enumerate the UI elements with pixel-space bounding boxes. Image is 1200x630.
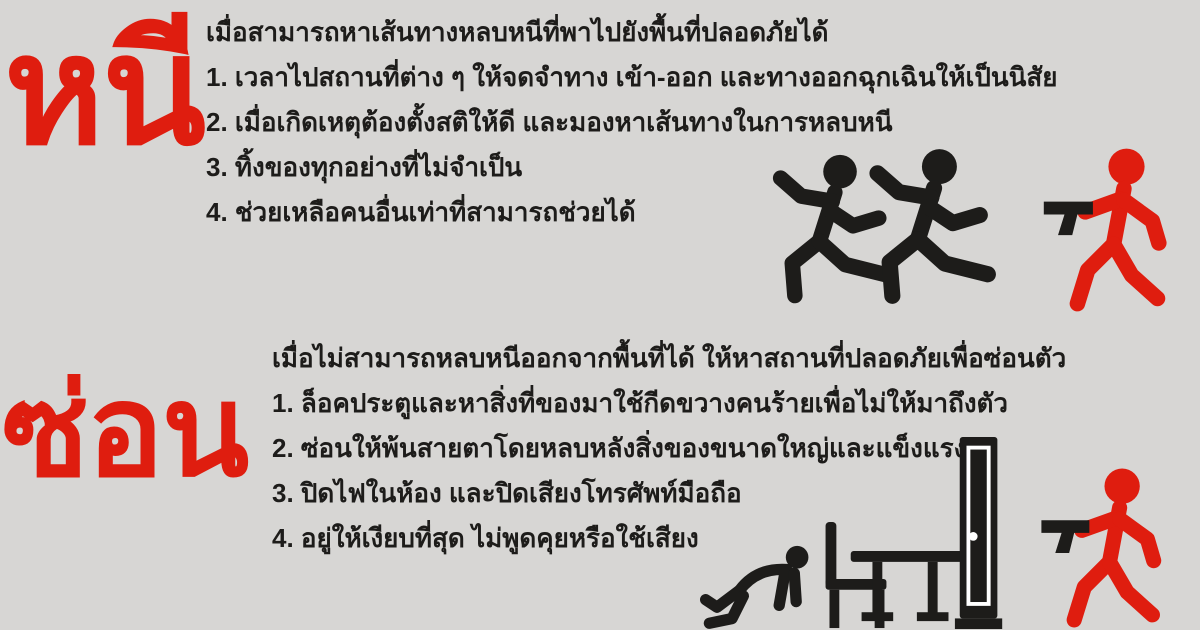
infographic-canvas: { "page": { "language": "th", "backgroun… <box>0 0 1200 630</box>
running-person-icon <box>856 145 1004 312</box>
table-icon <box>850 551 965 630</box>
hide-header: เมื่อไม่สามารถหลบหนีออกจากพื้นที่ได้ ให้… <box>272 336 1197 381</box>
run-item-1: 1. เวลาไปสถานที่ต่าง ๆ ให้จดจำทาง เข้า-อ… <box>206 55 1196 100</box>
hide-item-1: 1. ล็อคประตูและหาสิ่งที่ของมาใช้กีดขวางค… <box>272 381 1197 426</box>
hide-item-2: 2. ซ่อนให้พ้นสายตาโดยหลบหลังสิ่งของขนาดใ… <box>272 426 1197 471</box>
crawling-person-icon <box>700 540 832 630</box>
run-item-2: 2. เมื่อเกิดเหตุต้องตั้งสติให้ดี และมองห… <box>206 100 1196 145</box>
door-knob-icon <box>969 532 978 541</box>
hide-keyword: ซ่อน <box>2 362 247 503</box>
run-keyword: หนี <box>4 8 204 175</box>
shooter-icon <box>1032 146 1190 314</box>
run-header: เมื่อสามารถหาเส้นทางหลบหนีที่พาไปยังพื้น… <box>206 10 1196 55</box>
shooter-icon <box>1028 466 1186 630</box>
door-icon <box>954 437 1006 630</box>
